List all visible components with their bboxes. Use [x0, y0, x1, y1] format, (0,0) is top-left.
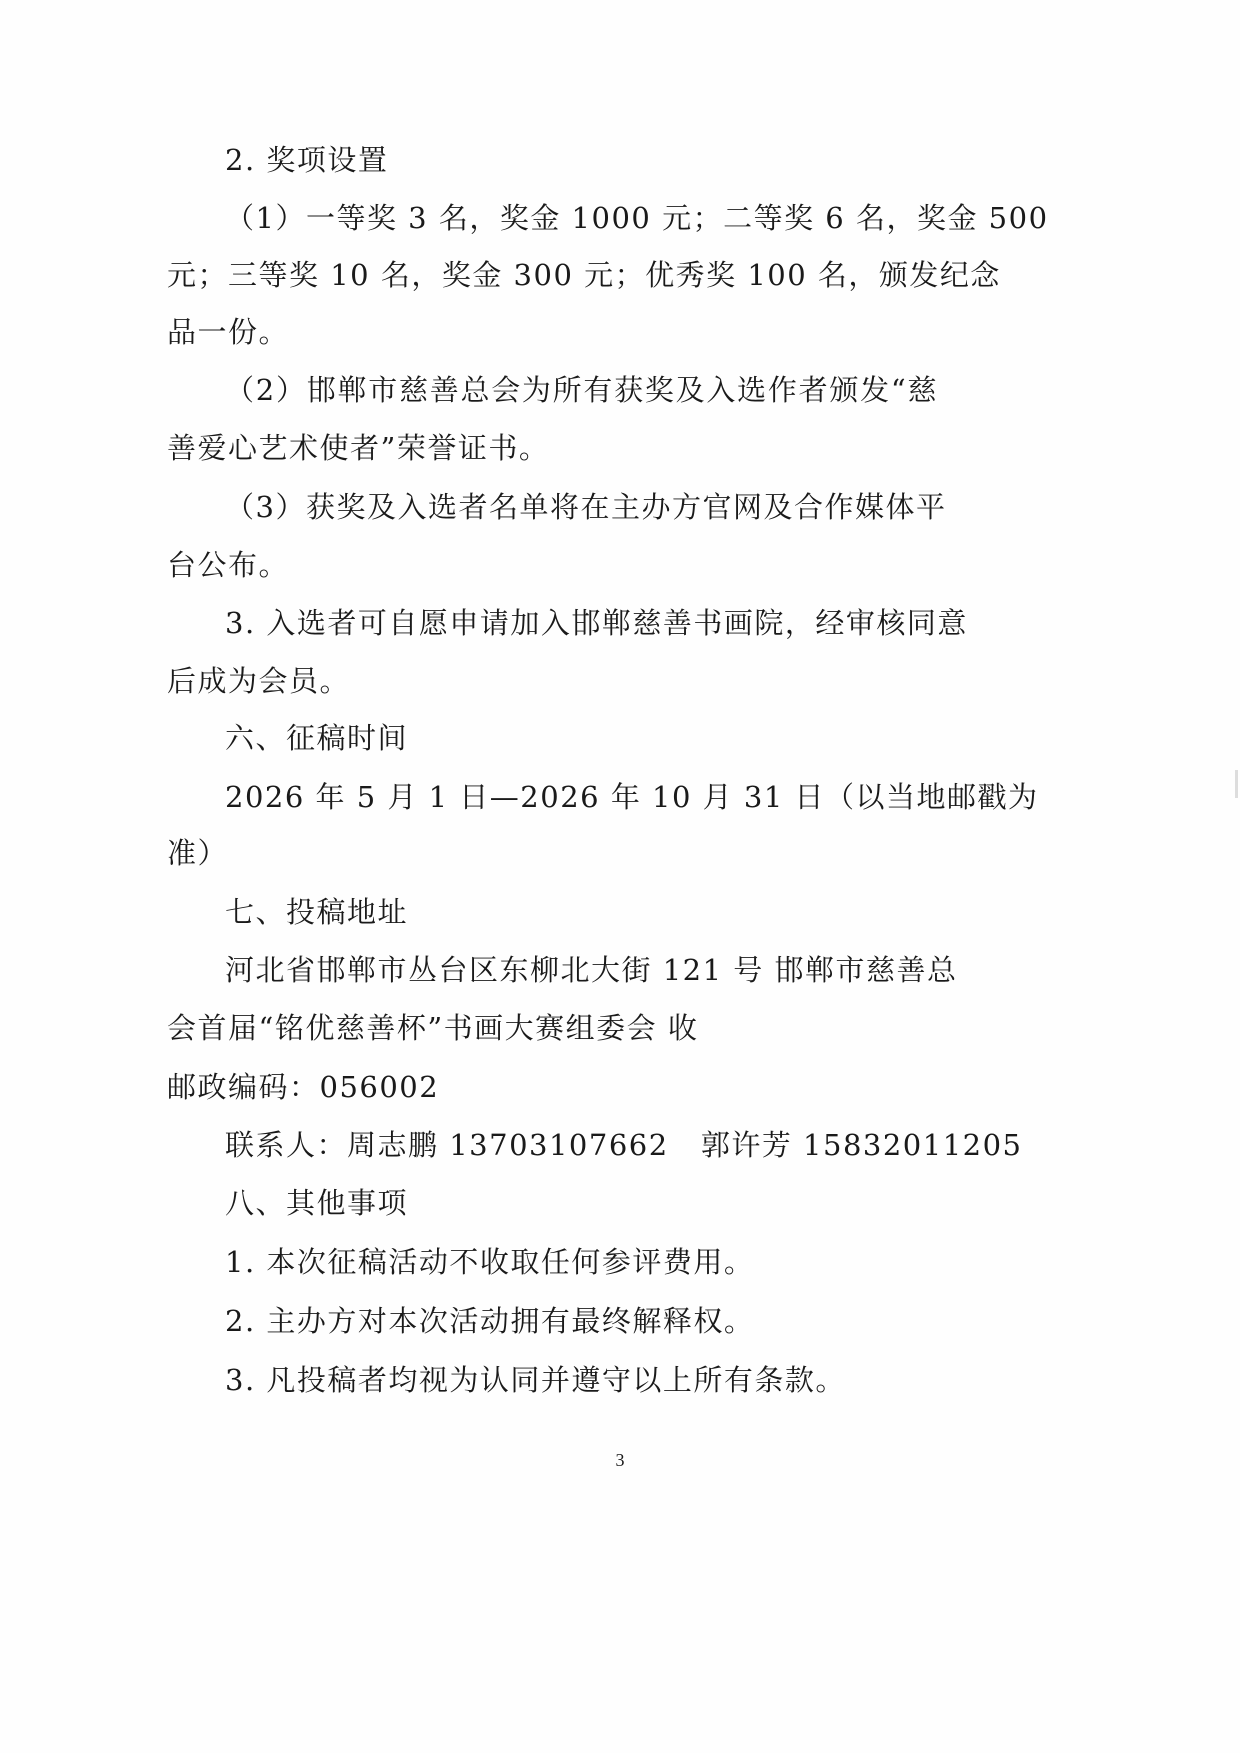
postal-code: 邮政编码：056002 [167, 1069, 439, 1105]
award-item-2-line-1: （2）邯郸市慈善总会为所有获奖及入选作者颁发“慈 [225, 372, 938, 408]
award-item-3-line-2: 台公布。 [167, 547, 289, 583]
membership-line-1: 3. 入选者可自愿申请加入邯郸慈善书画院，经审核同意 [225, 605, 938, 641]
submission-time-line-2: 准） [167, 835, 228, 871]
membership-line-2: 后成为会员。 [167, 663, 350, 699]
address-line-1: 河北省邯郸市丛台区东柳北大街 121 号 邯郸市慈善总 [225, 952, 938, 988]
award-item-1-line-2: 元；三等奖 10 名，奖金 300 元；优秀奖 100 名，颁发纪念 [167, 257, 938, 293]
other-item-2: 2. 主办方对本次活动拥有最终解释权。 [225, 1303, 754, 1339]
other-item-1: 1. 本次征稿活动不收取任何参评费用。 [225, 1244, 754, 1280]
section-heading-other-matters: 八、其他事项 [225, 1185, 408, 1221]
contacts: 联系人：周志鹏 13703107662 郭许芳 15832011205 [225, 1127, 1023, 1163]
page-number: 3 [0, 1450, 1240, 1471]
award-item-1-line-1: （1）一等奖 3 名，奖金 1000 元；二等奖 6 名，奖金 500 [225, 200, 938, 236]
award-item-1-line-3: 品一份。 [167, 314, 289, 350]
section-heading-submission-time: 六、征稿时间 [225, 720, 408, 756]
award-item-2-line-2: 善爱心艺术使者”荣誉证书。 [167, 430, 549, 466]
document-page: 2. 奖项设置 （1）一等奖 3 名，奖金 1000 元；二等奖 6 名，奖金 … [0, 0, 1240, 1753]
scan-edge-mark [1235, 770, 1238, 798]
other-item-3: 3. 凡投稿者均视为认同并遵守以上所有条款。 [225, 1362, 846, 1398]
address-line-2: 会首届“铭优慈善杯”书画大赛组委会 收 [167, 1010, 698, 1046]
submission-time-line-1: 2026 年 5 月 1 日—2026 年 10 月 31 日（以当地邮戳为 [225, 779, 938, 815]
section-heading-submission-address: 七、投稿地址 [225, 894, 408, 930]
award-item-3-line-1: （3）获奖及入选者名单将在主办方官网及合作媒体平 [225, 489, 938, 525]
section-heading-awards: 2. 奖项设置 [225, 142, 388, 178]
